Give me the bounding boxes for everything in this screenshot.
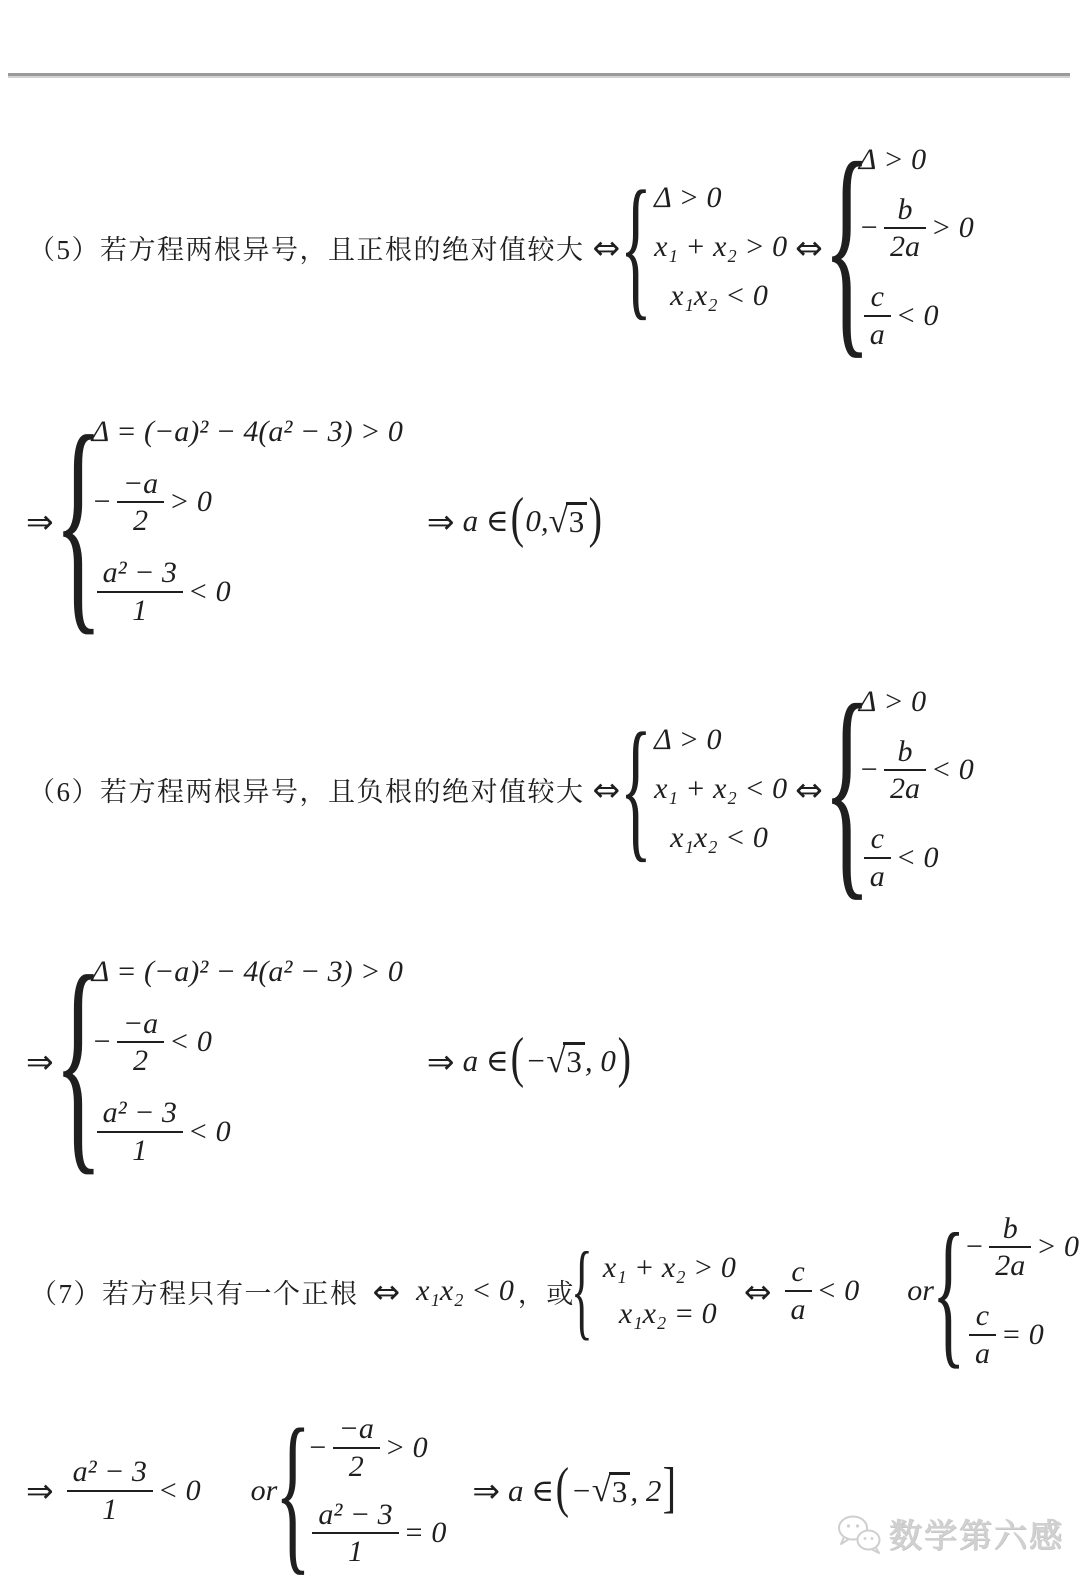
fraction: b 2a (884, 734, 926, 807)
left-brace: { (54, 400, 103, 642)
result-interval: ⇒ a ∈ ( − √ 3 , 2 ] (464, 1472, 678, 1509)
numerator: c (970, 1298, 995, 1334)
relation: < 0 (896, 841, 939, 875)
numerator: b (997, 1211, 1024, 1247)
system-lines: Δ = (−a)² − 4(a² − 3) > 0 − −a 2 < 0 a² … (92, 954, 403, 1168)
fraction: b 2a (884, 192, 926, 265)
fraction: a² − 3 1 (97, 555, 183, 628)
product-line: a² − 3 1 < 0 (92, 555, 231, 628)
item6-row: （6）若方程两根异号，且负根的绝对值较大 ⇔ { Δ > 0 x₁ + x₂ <… (28, 668, 974, 910)
relation: > 0 (1036, 1230, 1079, 1264)
implies-arrow: ⇒ (427, 1045, 455, 1078)
condition-sum: x₁ + x₂ > 0 (654, 229, 787, 265)
interval-left: − (571, 1473, 592, 1509)
left-brace: { (620, 168, 652, 326)
minus-sign: − (964, 1230, 984, 1264)
system-lines: Δ = (−a)² − 4(a² − 3) > 0 − −a 2 > 0 a² … (92, 414, 403, 628)
system-lines: x₁ + x₂ > 0 x₁x₂ = 0 (603, 1250, 736, 1332)
iff-arrow: ⇔ (593, 231, 621, 264)
denominator: a (785, 1292, 812, 1328)
numerator: −a (117, 466, 164, 502)
deriv5-system: { Δ = (−a)² − 4(a² − 3) > 0 − −a 2 > 0 a… (62, 414, 403, 628)
implies-arrow: ⇒ (427, 505, 455, 538)
denominator: a (969, 1336, 996, 1372)
interval-right: , 2 (630, 1473, 661, 1509)
relation: < 0 (931, 753, 974, 787)
relation: < 0 (169, 1025, 212, 1059)
denominator: 2a (989, 1248, 1031, 1284)
iff-arrow: ⇔ (593, 773, 621, 806)
fraction: c a (785, 1254, 812, 1327)
product-line: a² − 3 1 < 0 (62, 1454, 201, 1527)
system-lines: − b 2a > 0 c a = 0 (964, 1211, 1079, 1371)
fraction: b 2a (989, 1211, 1031, 1284)
item5-root-system: { Δ > 0 x₁ + x₂ > 0 x₁x₂ < 0 (628, 180, 787, 314)
relation: < 0 (188, 575, 231, 609)
numerator: a² − 3 (97, 555, 183, 591)
deriv5-row: ⇒ { Δ = (−a)² − 4(a² − 3) > 0 − −a 2 > 0… (18, 398, 604, 644)
numerator: a² − 3 (67, 1454, 153, 1490)
wechat-icon (836, 1513, 882, 1555)
fraction: −a 2 (333, 1411, 380, 1484)
left-brace: { (823, 670, 871, 908)
watermark: 数学第六感 (836, 1510, 1064, 1557)
condition-vertex: − b 2a > 0 (964, 1211, 1079, 1284)
interval-left: 0, (525, 503, 548, 539)
denominator: 2 (127, 503, 154, 539)
system-lines: Δ > 0 x₁ + x₂ < 0 x₁x₂ < 0 (654, 722, 787, 856)
condition-product: x₁x₂ < 0 (416, 1273, 514, 1309)
element-of: a ∈ (463, 1043, 509, 1079)
fraction: a² − 3 1 (312, 1497, 398, 1570)
denominator: 2a (884, 771, 926, 807)
denominator: 2 (343, 1449, 370, 1485)
deriv6-system: { Δ = (−a)² − 4(a² − 3) > 0 − −a 2 < 0 a… (62, 954, 403, 1168)
relation: > 0 (931, 211, 974, 245)
item7-coeff-system: { − b 2a > 0 c a = (940, 1211, 1079, 1371)
item7-label: （7）若方程只有一个正根 (30, 1272, 359, 1311)
relation: > 0 (385, 1431, 428, 1465)
vertex-line: − −a 2 > 0 (92, 466, 212, 539)
item5-coeff-system: { Δ > 0 − b 2a > 0 c a (831, 142, 974, 352)
condition-delta: Δ > 0 (654, 180, 721, 216)
denominator: 1 (342, 1534, 369, 1570)
product-line: a² − 3 1 < 0 (92, 1095, 231, 1168)
iff-arrow: ⇔ (744, 1275, 772, 1308)
page: （5）若方程两根异号，且正根的绝对值较大 ⇔ { Δ > 0 x₁ + x₂ >… (0, 0, 1080, 1593)
condition-vertex: − b 2a < 0 (859, 734, 974, 807)
relation: > 0 (169, 485, 212, 519)
denominator: 1 (126, 593, 153, 629)
left-brace: { (571, 1237, 593, 1345)
system-lines: Δ > 0 x₁ + x₂ > 0 x₁x₂ < 0 (654, 180, 787, 314)
numerator: b (892, 192, 919, 228)
iff-arrow: ⇔ (795, 231, 823, 264)
fraction: −a 2 (117, 466, 164, 539)
left-brace: { (823, 128, 871, 366)
fraction: a² − 3 1 (67, 1454, 153, 1527)
item6-coeff-system: { Δ > 0 − b 2a < 0 c a (831, 684, 974, 894)
deriv7-row: ⇒ a² − 3 1 < 0 or { − −a 2 > 0 (18, 1398, 678, 1583)
relation: = 0 (404, 1516, 447, 1550)
left-brace: { (932, 1209, 965, 1374)
condition-product: x₁x₂ = 0 (603, 1296, 717, 1332)
left-brace: { (275, 1402, 311, 1580)
discriminant-line: Δ = (−a)² − 4(a² − 3) > 0 (92, 414, 403, 450)
interval-right: , 0 (585, 1043, 616, 1079)
implies-arrow: ⇒ (26, 505, 54, 538)
left-brace: { (620, 710, 652, 868)
condition-sum: x₁ + x₂ < 0 (654, 771, 787, 807)
radicand: 3 (566, 502, 588, 539)
left-brace: { (54, 940, 103, 1182)
relation: < 0 (188, 1115, 231, 1149)
comma-or-text: ，或 (518, 1272, 575, 1311)
condition-sum: x₁ + x₂ > 0 (603, 1250, 736, 1286)
vertex-line: − −a 2 < 0 (92, 1006, 212, 1079)
top-divider (8, 73, 1070, 76)
discriminant-line: Δ = (−a)² − 4(a² − 3) > 0 (92, 954, 403, 990)
item5-row: （5）若方程两根异号，且正根的绝对值较大 ⇔ { Δ > 0 x₁ + x₂ >… (28, 126, 974, 368)
denominator: 2 (127, 1043, 154, 1079)
item7-root-system: { x₁ + x₂ > 0 x₁x₂ = 0 (579, 1250, 736, 1332)
numerator: a² − 3 (312, 1497, 398, 1533)
element-of: a ∈ (508, 1473, 554, 1509)
fraction: a² − 3 1 (97, 1095, 183, 1168)
denominator: 2a (884, 229, 926, 265)
radicand: 3 (609, 1472, 631, 1509)
item6-label: （6）若方程两根异号，且负根的绝对值较大 (28, 770, 585, 809)
system-lines: Δ > 0 − b 2a < 0 c a < 0 (859, 684, 974, 894)
denominator: 1 (96, 1492, 123, 1528)
iff-arrow: ⇔ (795, 773, 823, 806)
numerator: b (892, 734, 919, 770)
or-text: or (251, 1473, 278, 1509)
interval-left: − (525, 1043, 546, 1079)
relation: = 0 (1001, 1318, 1044, 1352)
result-interval: ⇒ a ∈ ( 0, √ 3 ) (419, 502, 604, 539)
condition-ca: c a < 0 (780, 1254, 860, 1327)
deriv7-system: { − −a 2 > 0 a² − 3 1 (283, 1411, 446, 1569)
denominator: 1 (126, 1133, 153, 1169)
relation: < 0 (896, 299, 939, 333)
fraction: −a 2 (117, 1006, 164, 1079)
implies-arrow: ⇒ (26, 1474, 54, 1507)
radicand: 3 (563, 1042, 585, 1079)
vertex-line: − −a 2 > 0 (307, 1411, 427, 1484)
condition-product: x₁x₂ < 0 (654, 820, 768, 856)
condition-product: x₁x₂ < 0 (654, 278, 768, 314)
item7-row: （7）若方程只有一个正根 ⇔ x₁x₂ < 0 ，或 { x₁ + x₂ > 0… (30, 1212, 1079, 1370)
item6-root-system: { Δ > 0 x₁ + x₂ < 0 x₁x₂ < 0 (628, 722, 787, 856)
item5-label: （5）若方程两根异号，且正根的绝对值较大 (28, 228, 585, 267)
condition-ca: c a = 0 (964, 1298, 1044, 1371)
numerator: −a (333, 1411, 380, 1447)
implies-arrow: ⇒ (26, 1045, 54, 1078)
condition-vertex: − b 2a > 0 (859, 192, 974, 265)
watermark-text: 数学第六感 (889, 1510, 1064, 1557)
implies-arrow: ⇒ (472, 1474, 500, 1507)
result-interval: ⇒ a ∈ ( − √ 3 , 0 ) (419, 1042, 633, 1079)
relation: < 0 (817, 1274, 860, 1308)
fraction: c a (969, 1298, 996, 1371)
numerator: −a (117, 1006, 164, 1042)
or-text: or (907, 1273, 934, 1309)
relation: < 0 (158, 1474, 201, 1508)
numerator: c (785, 1254, 810, 1290)
deriv6-row: ⇒ { Δ = (−a)² − 4(a² − 3) > 0 − −a 2 < 0… (18, 938, 633, 1184)
system-lines: Δ > 0 − b 2a > 0 c a < 0 (859, 142, 974, 352)
condition-delta: Δ > 0 (654, 722, 721, 758)
numerator: a² − 3 (97, 1095, 183, 1131)
product-line: a² − 3 1 = 0 (307, 1497, 446, 1570)
element-of: a ∈ (463, 503, 509, 539)
iff-arrow: ⇔ (373, 1275, 401, 1308)
system-lines: − −a 2 > 0 a² − 3 1 = 0 (307, 1411, 446, 1569)
